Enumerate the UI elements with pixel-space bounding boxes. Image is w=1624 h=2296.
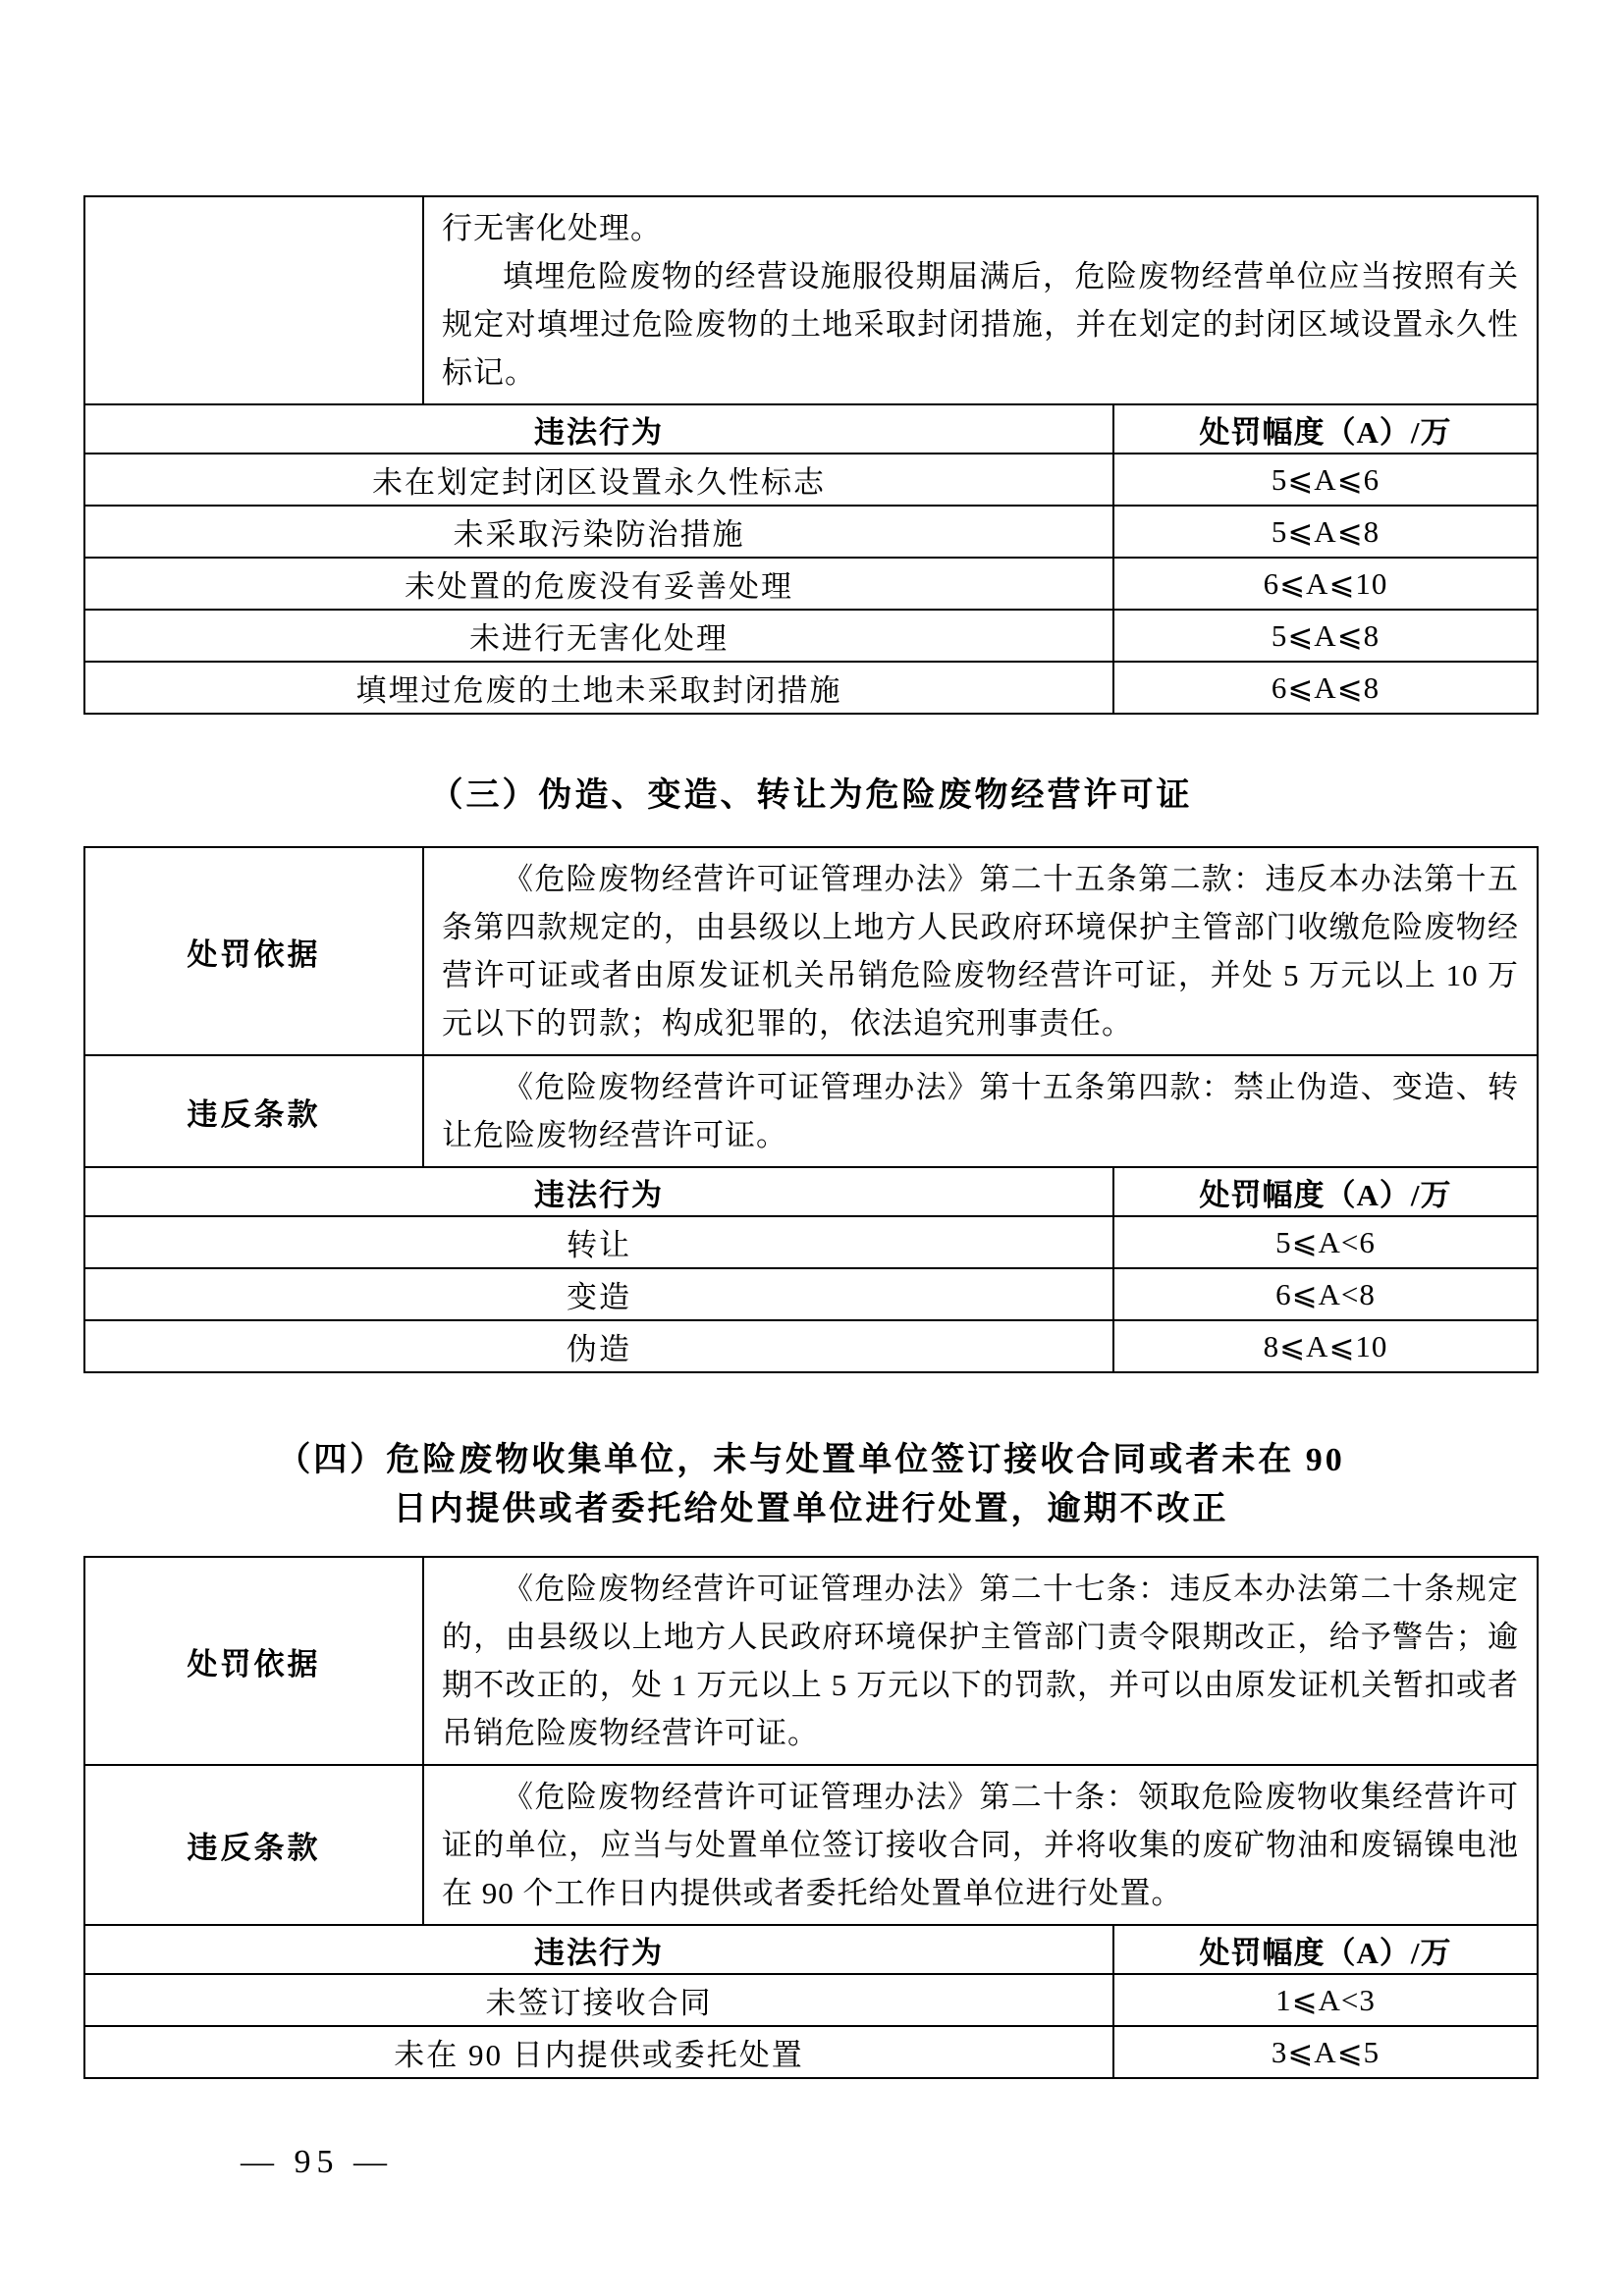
violation-cell: 未处置的危废没有妥善处理 xyxy=(85,559,1114,609)
penalty-range-cell: 5⩽A⩽6 xyxy=(1114,454,1537,505)
violation-header-row: 违法行为 处罚幅度（A）/万 xyxy=(85,1924,1537,1973)
violation-cell: 伪造 xyxy=(85,1321,1114,1371)
clause-paragraph: 《危险废物经营许可证管理办法》第二十条：领取危险废物收集经营许可证的单位，应当与… xyxy=(442,1773,1519,1917)
penalty-range-cell: 3⩽A⩽5 xyxy=(1114,2027,1537,2077)
basis-paragraph: 《危险废物经营许可证管理办法》第二十七条：违反本办法第二十条规定的，由县级以上地… xyxy=(442,1565,1519,1757)
basis-row: 处罚依据 《危险废物经营许可证管理办法》第二十七条：违反本办法第二十条规定的，由… xyxy=(85,1558,1537,1764)
clause-label: 违反条款 xyxy=(85,1766,424,1924)
violation-row: 未在划定封闭区设置永久性标志 5⩽A⩽6 xyxy=(85,453,1537,505)
basis-row: 处罚依据 《危险废物经营许可证管理办法》第二十五条第二款：违反本办法第十五条第四… xyxy=(85,848,1537,1054)
violation-row: 未采取污染防治措施 5⩽A⩽8 xyxy=(85,505,1537,557)
penalty-range-cell: 5⩽A⩽8 xyxy=(1114,611,1537,661)
violation-cell: 未在划定封闭区设置永久性标志 xyxy=(85,454,1114,505)
penalty-range-cell: 1⩽A<3 xyxy=(1114,1975,1537,2025)
page-number: — 95 — xyxy=(241,2144,1539,2181)
violation-cell: 未在 90 日内提供或委托处置 xyxy=(85,2027,1114,2077)
violation-row: 未在 90 日内提供或委托处置 3⩽A⩽5 xyxy=(85,2025,1537,2077)
penalty-header: 处罚幅度（A）/万 xyxy=(1114,1926,1537,1973)
penalty-range-cell: 6⩽A<8 xyxy=(1114,1269,1537,1319)
penalty-range-cell: 5⩽A<6 xyxy=(1114,1217,1537,1267)
penalty-range-cell: 8⩽A⩽10 xyxy=(1114,1321,1537,1371)
violation-header: 违法行为 xyxy=(85,1926,1114,1973)
penalty-header: 处罚幅度（A）/万 xyxy=(1114,1168,1537,1215)
continuation-paragraph-2: 填埋危险废物的经营设施服役期届满后，危险废物经营单位应当按照有关规定对填埋过危险… xyxy=(442,252,1519,397)
violation-header-row: 违法行为 处罚幅度（A）/万 xyxy=(85,1166,1537,1215)
basis-text-cell: 《危险废物经营许可证管理办法》第二十七条：违反本办法第二十条规定的，由县级以上地… xyxy=(424,1558,1537,1764)
violation-cell: 未进行无害化处理 xyxy=(85,611,1114,661)
violation-row: 转让 5⩽A<6 xyxy=(85,1215,1537,1267)
section-4-title: （四）危险废物收集单位，未与处置单位签订接收合同或者未在 90 日内提供或者委托… xyxy=(83,1436,1539,1534)
violation-row: 填埋过危废的土地未采取封闭措施 6⩽A⩽8 xyxy=(85,661,1537,713)
continuation-text-cell: 行无害化处理。 填埋危险废物的经营设施服役期届满后，危险废物经营单位应当按照有关… xyxy=(424,197,1537,403)
penalty-range-cell: 5⩽A⩽8 xyxy=(1114,507,1537,557)
document-content: 行无害化处理。 填埋危险废物的经营设施服役期届满后，危险废物经营单位应当按照有关… xyxy=(83,0,1539,2181)
section-4-title-line-2: 日内提供或者委托给处置单位进行处置，逾期不改正 xyxy=(83,1485,1539,1534)
violation-row: 变造 6⩽A<8 xyxy=(85,1267,1537,1319)
clause-text-cell: 《危险废物经营许可证管理办法》第十五条第四款：禁止伪造、变造、转让危险废物经营许… xyxy=(424,1056,1537,1166)
penalty-range-cell: 6⩽A⩽8 xyxy=(1114,663,1537,713)
violation-cell: 填埋过危废的土地未采取封闭措施 xyxy=(85,663,1114,713)
violation-row: 未处置的危废没有妥善处理 6⩽A⩽10 xyxy=(85,557,1537,609)
continuation-row: 行无害化处理。 填埋危险废物的经营设施服役期届满后，危险废物经营单位应当按照有关… xyxy=(85,197,1537,403)
clause-row: 违反条款 《危险废物经营许可证管理办法》第十五条第四款：禁止伪造、变造、转让危险… xyxy=(85,1054,1537,1166)
violation-cell: 变造 xyxy=(85,1269,1114,1319)
violation-cell: 未签订接收合同 xyxy=(85,1975,1114,2025)
violation-cell: 转让 xyxy=(85,1217,1114,1267)
section-4-table: 处罚依据 《危险废物经营许可证管理办法》第二十七条：违反本办法第二十条规定的，由… xyxy=(83,1556,1539,2079)
violation-header-row: 违法行为 处罚幅度（A）/万 xyxy=(85,403,1537,453)
clause-paragraph: 《危险废物经营许可证管理办法》第十五条第四款：禁止伪造、变造、转让危险废物经营许… xyxy=(442,1063,1519,1159)
clause-label: 违反条款 xyxy=(85,1056,424,1166)
violation-row: 未签订接收合同 1⩽A<3 xyxy=(85,1973,1537,2025)
section-3-table: 处罚依据 《危险废物经营许可证管理办法》第二十五条第二款：违反本办法第十五条第四… xyxy=(83,846,1539,1373)
empty-label-cell xyxy=(85,197,424,403)
section-4-title-line-1: （四）危险废物收集单位，未与处置单位签订接收合同或者未在 90 xyxy=(83,1436,1539,1485)
penalty-table-continuation: 行无害化处理。 填埋危险废物的经营设施服役期届满后，危险废物经营单位应当按照有关… xyxy=(83,195,1539,715)
violation-row: 未进行无害化处理 5⩽A⩽8 xyxy=(85,609,1537,661)
clause-row: 违反条款 《危险废物经营许可证管理办法》第二十条：领取危险废物收集经营许可证的单… xyxy=(85,1764,1537,1924)
section-3-title: （三）伪造、变造、转让为危险废物经营许可证 xyxy=(83,772,1539,821)
basis-text-cell: 《危险废物经营许可证管理办法》第二十五条第二款：违反本办法第十五条第四款规定的，… xyxy=(424,848,1537,1054)
continuation-paragraph-1: 行无害化处理。 xyxy=(442,204,1519,252)
clause-text-cell: 《危险废物经营许可证管理办法》第二十条：领取危险废物收集经营许可证的单位，应当与… xyxy=(424,1766,1537,1924)
penalty-header: 处罚幅度（A）/万 xyxy=(1114,405,1537,453)
basis-paragraph: 《危险废物经营许可证管理办法》第二十五条第二款：违反本办法第十五条第四款规定的，… xyxy=(442,855,1519,1047)
violation-cell: 未采取污染防治措施 xyxy=(85,507,1114,557)
violation-row: 伪造 8⩽A⩽10 xyxy=(85,1319,1537,1371)
violation-header: 违法行为 xyxy=(85,1168,1114,1215)
violation-header: 违法行为 xyxy=(85,405,1114,453)
basis-label: 处罚依据 xyxy=(85,848,424,1054)
document-page: 行无害化处理。 填埋危险废物的经营设施服役期届满后，危险废物经营单位应当按照有关… xyxy=(0,0,1624,2296)
penalty-range-cell: 6⩽A⩽10 xyxy=(1114,559,1537,609)
basis-label: 处罚依据 xyxy=(85,1558,424,1764)
